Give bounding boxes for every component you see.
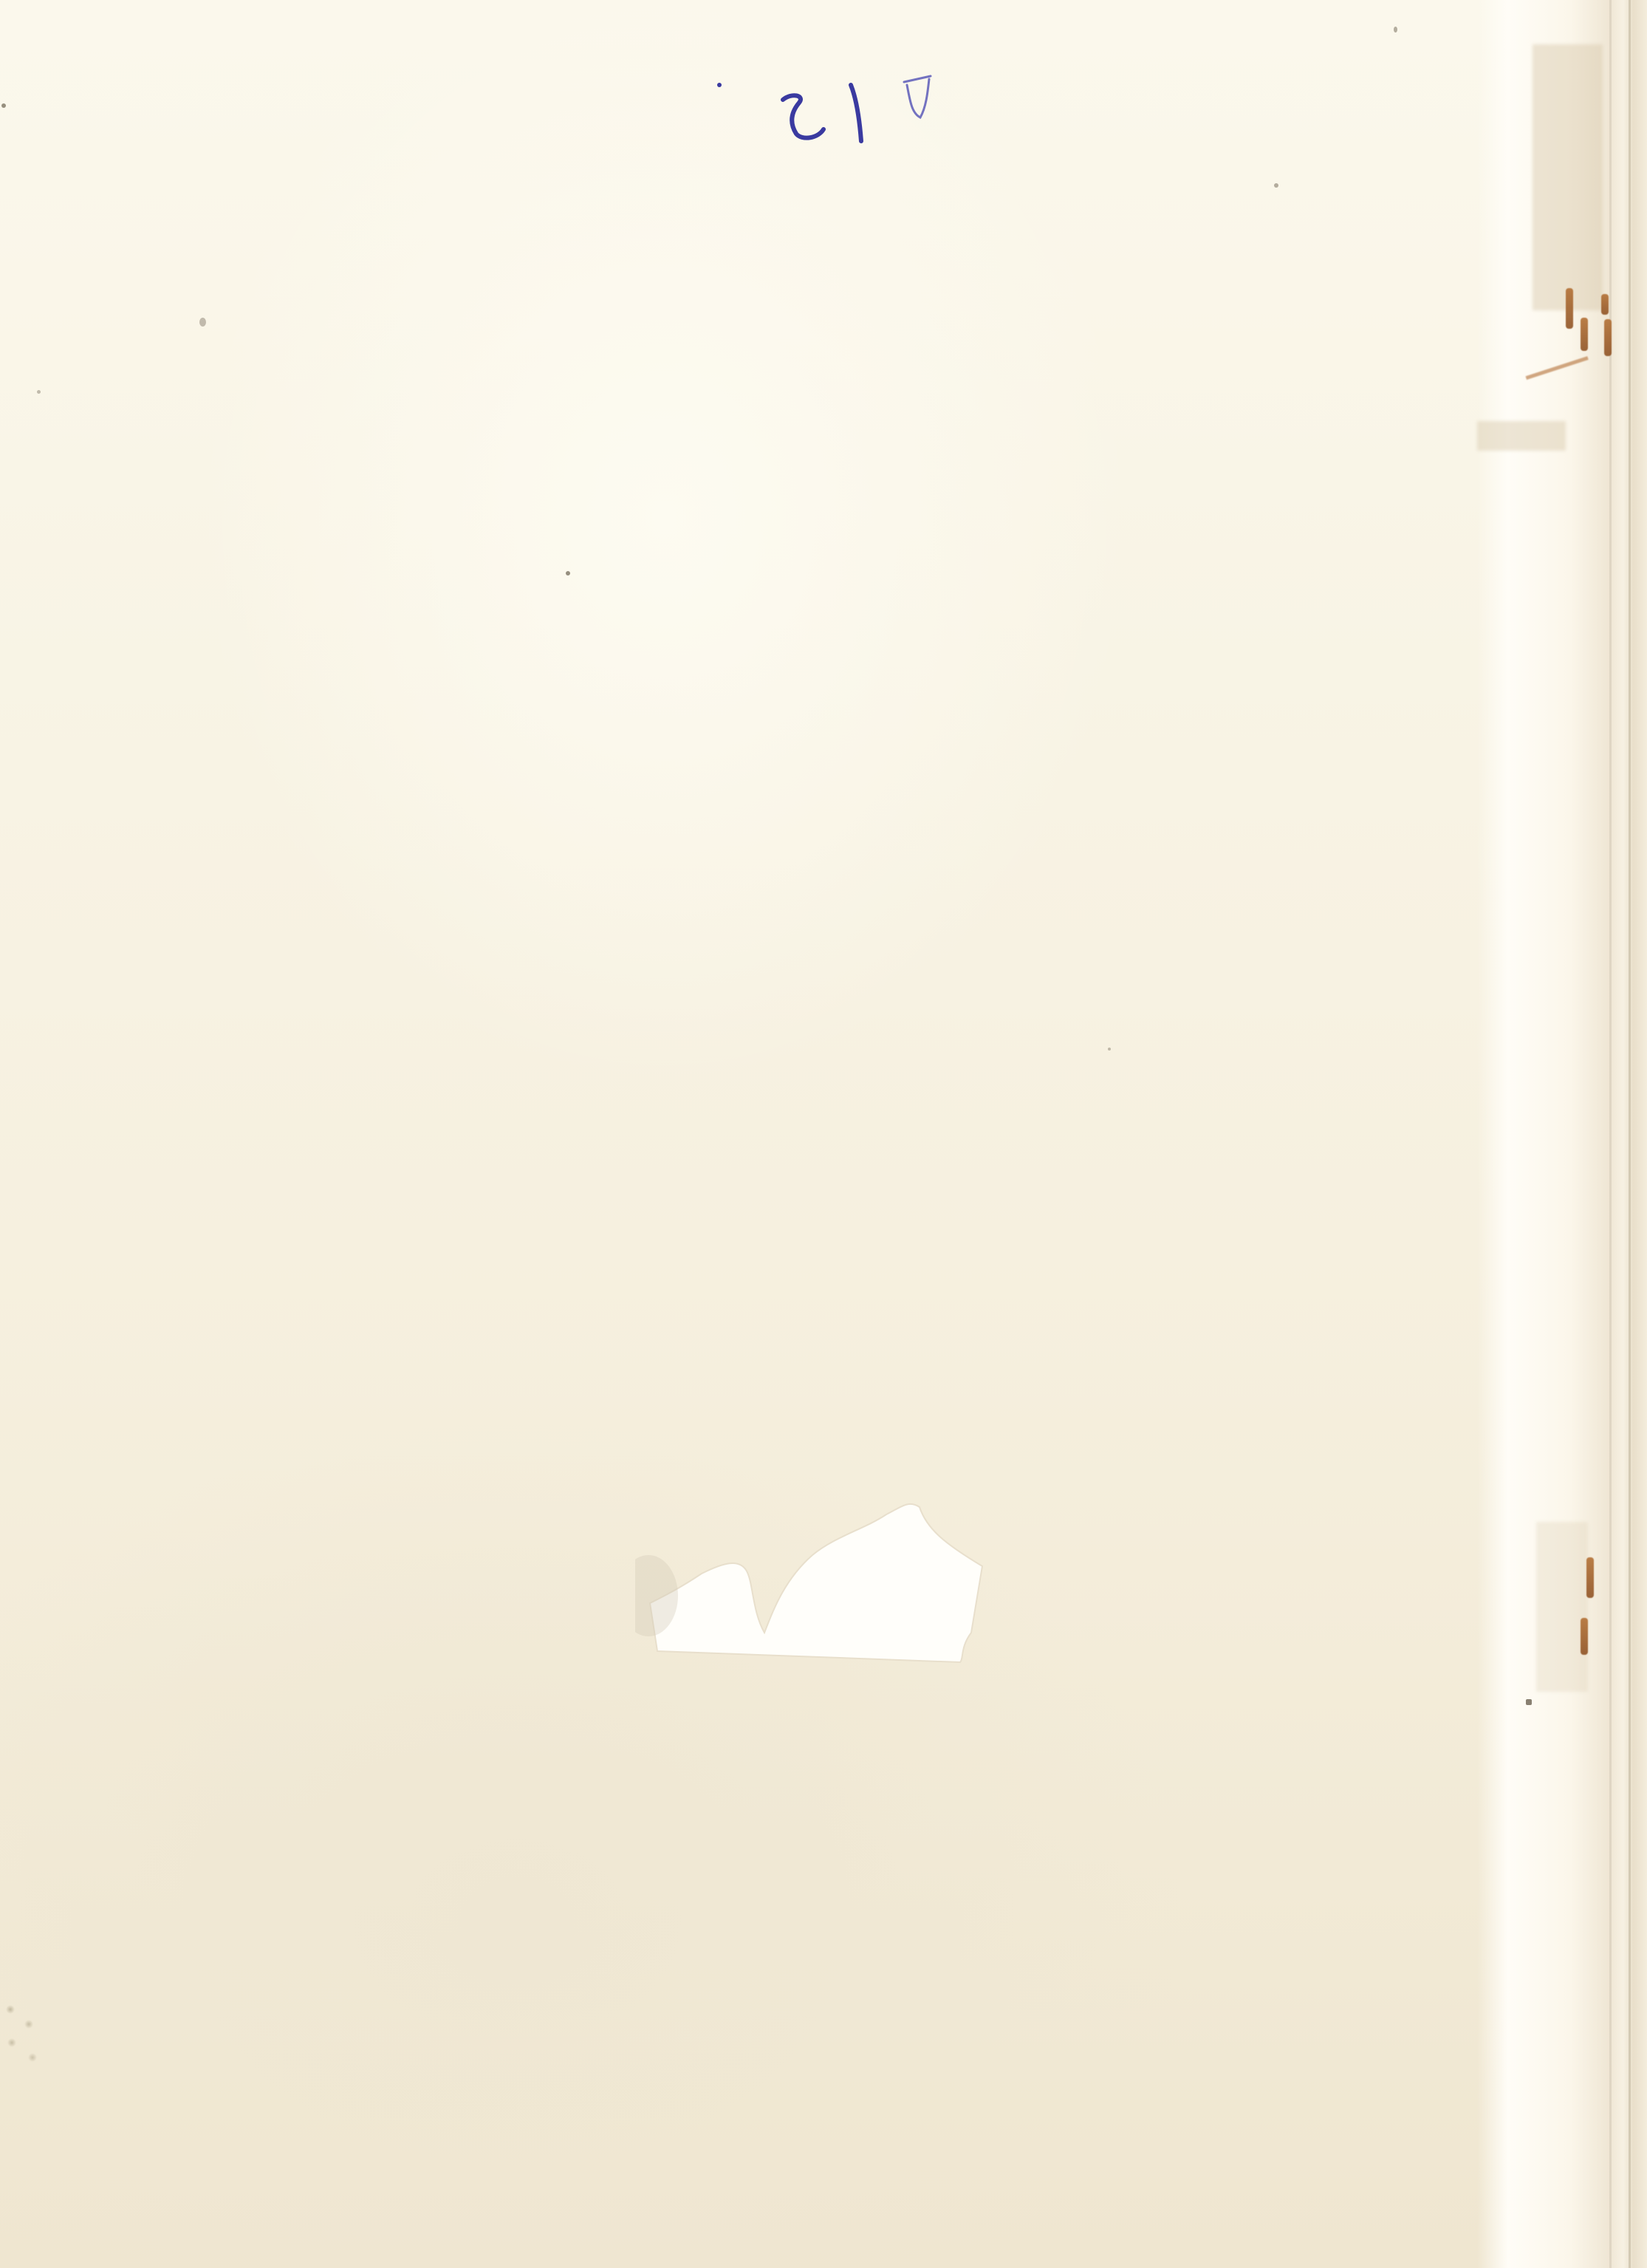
speck — [37, 390, 41, 394]
handwritten-glyphs — [709, 70, 953, 151]
staple-rust-mark — [1604, 319, 1612, 356]
staple-rust-mark — [1566, 288, 1573, 329]
staple-rust-mark — [1586, 1557, 1594, 1598]
staple-rust-mark — [1581, 318, 1588, 351]
speck — [1526, 1699, 1532, 1705]
tape-residue — [1477, 421, 1566, 451]
scanned-page: A12 — [0, 0, 1647, 2268]
patch-shape — [635, 1485, 1004, 1666]
torn-paper-patch — [635, 1485, 1004, 1666]
speck — [1, 103, 6, 108]
handwritten-mark: A12 — [709, 70, 953, 151]
spine-fold-line — [1629, 0, 1631, 2268]
staple-rust-mark — [1601, 294, 1609, 315]
speck — [199, 318, 206, 327]
binding-spine — [1477, 0, 1647, 2268]
tape-residue — [1536, 1522, 1588, 1692]
tape-residue — [1533, 44, 1603, 310]
handwritten-mark-text: A12 — [709, 70, 710, 71]
staple-rust-mark — [1581, 1618, 1588, 1655]
speck — [1108, 1048, 1111, 1051]
speck — [1274, 183, 1278, 188]
speck — [1394, 27, 1397, 33]
faded-stamp-mark — [3, 1998, 44, 2069]
rust-stain-trail — [1526, 356, 1589, 380]
speck — [566, 571, 570, 575]
